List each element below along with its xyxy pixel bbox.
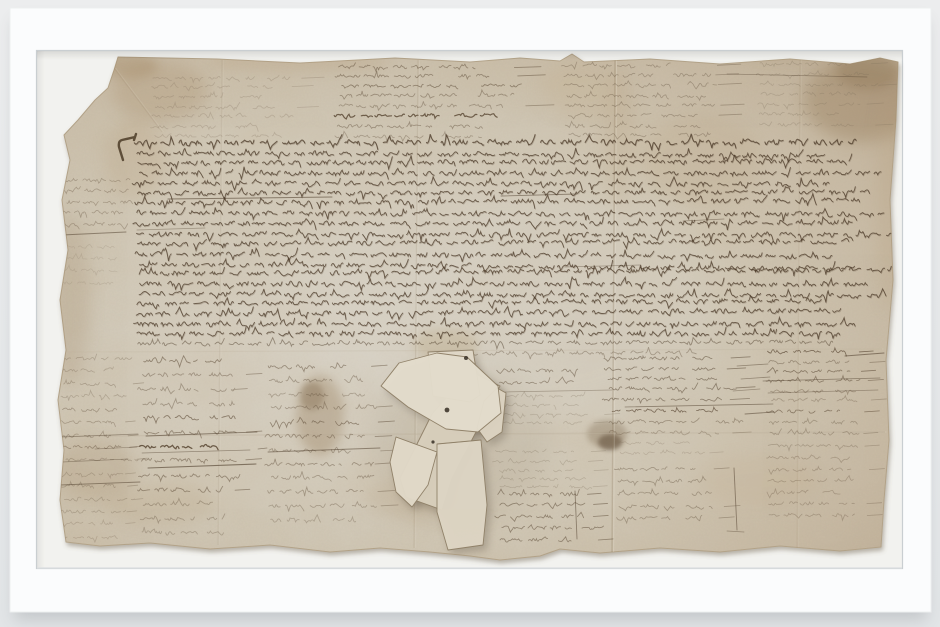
window-inner-shadow-left — [37, 51, 45, 568]
framed-parchment-photograph: Framed handwritten parchment charter wit… — [0, 0, 940, 627]
parchment-strip — [437, 440, 487, 550]
strip-hole — [464, 356, 468, 360]
window-inner-shadow-top — [37, 51, 902, 60]
stain — [320, 180, 720, 420]
stain — [105, 120, 165, 200]
scene-canvas — [0, 0, 940, 627]
stain — [540, 60, 620, 120]
strip-hole — [431, 440, 434, 443]
stain — [300, 382, 324, 410]
strip-hole — [445, 408, 450, 413]
